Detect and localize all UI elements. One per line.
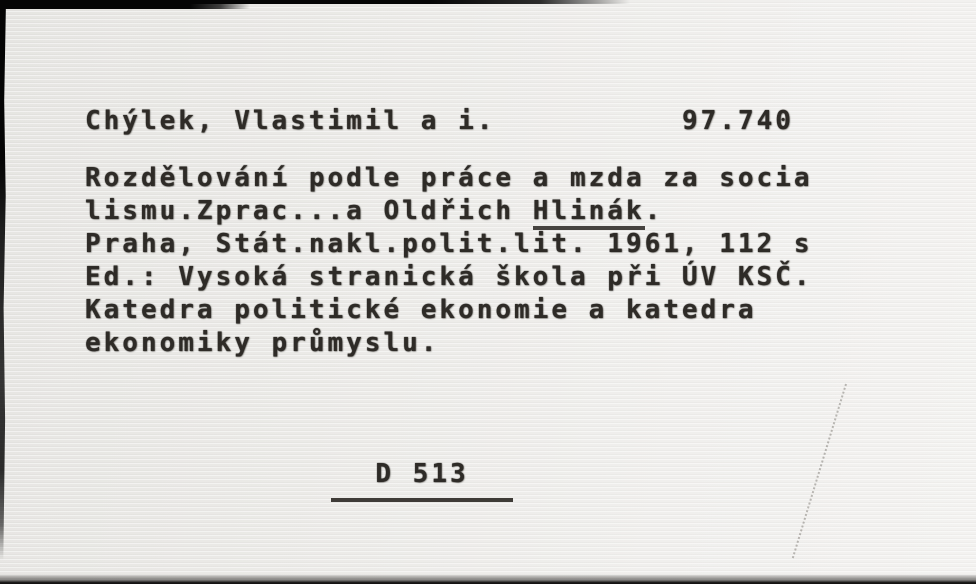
card-body: Rozdělování podle práce a mzda za socia … (85, 162, 812, 360)
catalog-card: Chýlek, Vlastimil a i. 97.740 Rozdělován… (0, 0, 976, 584)
call-number: D 513 (331, 458, 513, 502)
shelf-number: 97.740 (682, 105, 794, 138)
body-line: Ed.: Vysoká stranická škola při ÚV KSČ. (85, 261, 812, 294)
author-heading: Chýlek, Vlastimil a i. (85, 105, 495, 138)
body-line: Praha, Stát.nakl.polit.lit. 1961, 112 s (85, 228, 812, 261)
underlined-name: Hlinák (533, 196, 645, 230)
body-line-text: . (645, 196, 664, 226)
scan-edge-left (0, 0, 6, 560)
scan-edge-bottom (0, 575, 976, 584)
body-line-text: lismu.Zprac...a Oldřich (85, 196, 533, 226)
crease-mark (792, 384, 847, 559)
body-line: ekonomiky průmyslu. (85, 327, 812, 360)
body-line: Katedra politické ekonomie a katedra (85, 294, 812, 327)
body-line: Rozdělování podle práce a mzda za socia (85, 162, 812, 195)
scan-edge-top-taper (0, 0, 630, 4)
body-line: lismu.Zprac...a Oldřich Hlinák. (85, 195, 812, 228)
